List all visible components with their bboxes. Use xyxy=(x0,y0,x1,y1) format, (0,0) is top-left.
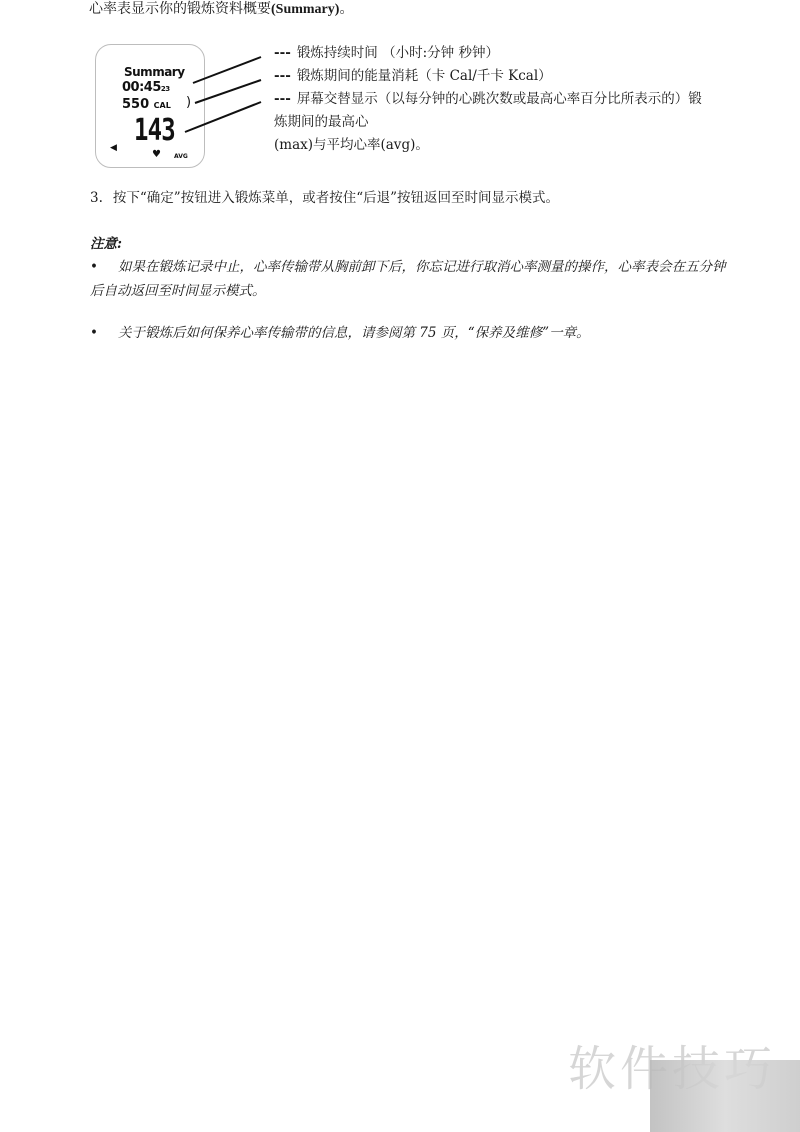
label-heart-rate: ---屏幕交替显示（以每分钟的心跳次数或最高心率百分比所表示的）锻 xyxy=(274,88,774,111)
dash: --- xyxy=(274,45,291,61)
note-item: •关于锻炼后如何保养心率传输带的信息，请参阅第 75 页，“保养及维修”一章。 xyxy=(90,321,730,345)
label-text: 锻炼期间的能量消耗（卡 Cal/千卡 Kcal） xyxy=(297,68,552,84)
watch-figure: Summary 00:4523 550 CAL ) 143 ◀ ♥ AVG xyxy=(93,42,273,174)
note-text: 关于锻炼后如何保养心率传输带的信息，请参阅第 75 页，“保养及维修”一章。 xyxy=(118,325,590,341)
label-text: 锻炼持续时间 （小时:分钟 秒钟） xyxy=(297,45,499,61)
label-heart-rate-cont2: (max)与平均心率(avg)。 xyxy=(274,134,774,157)
step-3: 3.按下“确定”按钮进入锻炼菜单，或者按住“后退”按钮返回至时间显示模式。 xyxy=(90,186,559,206)
document-page: 心率表显示你的锻炼资料概要(Summary)。 Summary 00:4523 … xyxy=(0,0,800,1132)
label-text: 屏幕交替显示（以每分钟的心跳次数或最高心率百分比所表示的）锻 xyxy=(297,91,702,107)
intro-end: 。 xyxy=(339,1,353,17)
label-duration: ---锻炼持续时间 （小时:分钟 秒钟） xyxy=(274,42,774,65)
label-heart-rate-cont: 炼期间的最高心 xyxy=(274,111,774,134)
note-text: 如果在锻炼记录中止，心率传输带从胸前卸下后，你忘记进行取消心率测量的操作，心率表… xyxy=(90,259,726,299)
intro-paragraph: 心率表显示你的锻炼资料概要(Summary)。 xyxy=(89,0,353,19)
figure-labels: ---锻炼持续时间 （小时:分钟 秒钟） ---锻炼期间的能量消耗（卡 Cal/… xyxy=(274,42,774,157)
step-number: 3. xyxy=(90,190,103,206)
blurred-region xyxy=(650,1060,800,1132)
dash: --- xyxy=(274,68,291,84)
note-title: 注意: xyxy=(90,232,122,252)
bullet: • xyxy=(90,255,118,279)
label-text: (max)与平均心率(avg)。 xyxy=(274,137,429,153)
intro-bold: (Summary) xyxy=(271,2,339,17)
bullet: • xyxy=(90,321,118,345)
label-calories: ---锻炼期间的能量消耗（卡 Cal/千卡 Kcal） xyxy=(274,65,774,88)
dash: --- xyxy=(274,91,291,107)
leader-lines xyxy=(93,42,273,174)
label-text: 炼期间的最高心 xyxy=(274,114,369,130)
step-text: 按下“确定”按钮进入锻炼菜单，或者按住“后退”按钮返回至时间显示模式。 xyxy=(113,190,559,206)
intro-text: 心率表显示你的锻炼资料概要 xyxy=(89,1,271,17)
note-item: •如果在锻炼记录中止，心率传输带从胸前卸下后，你忘记进行取消心率测量的操作，心率… xyxy=(90,255,730,303)
